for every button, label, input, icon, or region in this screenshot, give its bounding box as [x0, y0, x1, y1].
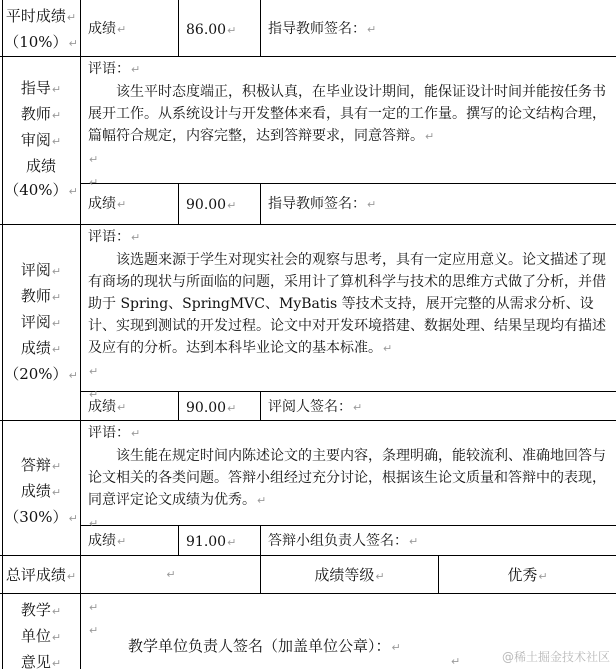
total-score-label: 总评成绩↵ [2, 563, 80, 589]
regular-score-title: 成绩↵ [88, 18, 126, 41]
regular-signature-field[interactable]: 指导教师签名：↵ [268, 18, 376, 41]
advisor-score-label: 指导↵ 教师↵ 审阅↵ 成绩 （40%）↵ [2, 76, 80, 204]
reviewer-comment[interactable]: 评语：↵ 该选题来源于学生对现实社会的观察与思考，具有一定应用意义。论文描述了现… [88, 226, 612, 406]
defense-score-label: 答辩↵ 成绩↵ （30%）↵ [2, 453, 80, 531]
grade-level-value: 优秀↵ [439, 563, 616, 589]
row-divider [0, 555, 616, 556]
reviewer-score-value: 90.00↵ [186, 397, 236, 420]
reviewer-signature-field[interactable]: 评阅人签名：↵ [268, 396, 362, 419]
regular-score-value: 86.00↵ [186, 19, 236, 42]
row-divider [0, 593, 616, 594]
row-divider [0, 56, 616, 57]
row-divider [0, 224, 616, 225]
advisor-comment[interactable]: 评语：↵ 该生平时态度端正，积极认真，在毕业设计期间，能保证设计时间并能按任务书… [88, 58, 612, 194]
defense-comment[interactable]: 评语：↵ 该生能在规定时间内陈述论文的主要内容，条理明确，能较流利、准确地回答与… [88, 422, 612, 535]
defense-score-title: 成绩↵ [88, 530, 126, 553]
advisor-signature-field[interactable]: 指导教师签名：↵ [268, 193, 376, 216]
reviewer-score-title: 成绩↵ [88, 396, 126, 419]
unit-signature-field[interactable]: 教学单位负责人签名（加盖单位公章）：↵ [128, 635, 401, 659]
advisor-score-value: 90.00↵ [186, 194, 236, 217]
defense-signature-field[interactable]: 答辩小组负责人签名：↵ [268, 530, 418, 553]
defense-score-value: 91.00↵ [186, 531, 236, 554]
advisor-score-title: 成绩↵ [88, 193, 126, 216]
thesis-grade-form: 平时成绩↵ （10%）↵ 成绩↵ 86.00↵ 指导教师签名：↵ 指导↵ 教师↵… [0, 0, 616, 669]
col-divider [260, 0, 261, 56]
regular-score-label: 平时成绩↵ （10%）↵ [2, 4, 80, 56]
unit-trailing-mark: ↵ [450, 650, 460, 669]
reviewer-score-label: 评阅↵ 教师↵ 评阅↵ 成绩↵ （20%）↵ [2, 258, 80, 388]
unit-opinion-label: 教学↵ 单位↵ 意见↵ [2, 598, 80, 669]
unit-opinion-blank: ↵ ↵ [88, 596, 98, 642]
row-divider [0, 420, 616, 421]
grade-level-label: 成绩等级↵ [261, 563, 438, 589]
col-divider [178, 0, 179, 56]
total-score-value[interactable]: ↵ [81, 563, 260, 586]
watermark: @稀土掘金技术社区 [502, 648, 610, 665]
